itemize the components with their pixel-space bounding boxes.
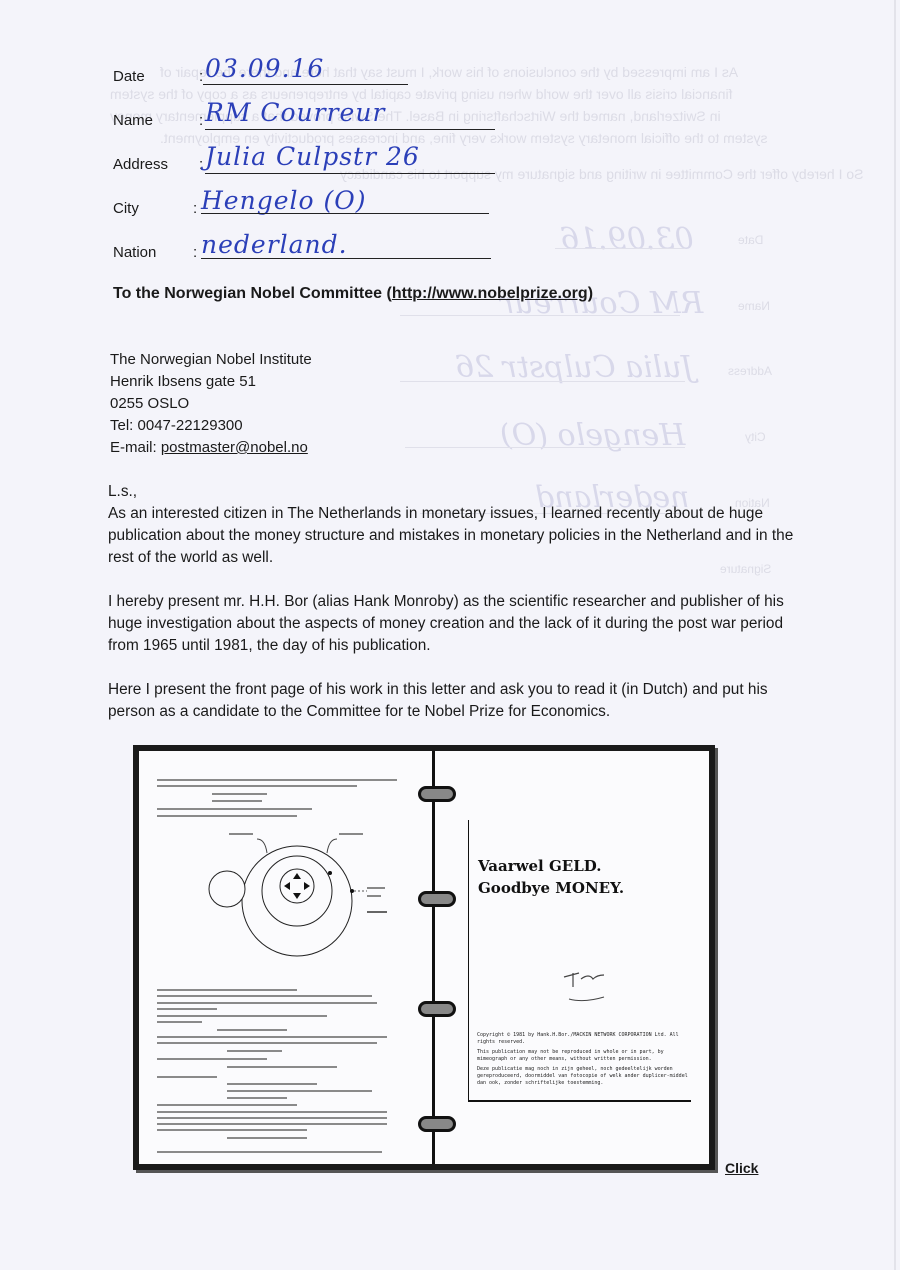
bleed-label: Date — [738, 233, 763, 247]
name-label: Name — [113, 112, 153, 129]
address-value[interactable]: Julia Culpstr 26 — [205, 142, 420, 171]
bleed-handwriting: 03.09.16 — [560, 222, 694, 257]
letter-body: L.s., As an interested citizen in The Ne… — [108, 481, 798, 745]
name-value[interactable]: RM Courreur — [205, 98, 385, 127]
committee-title: To the Norwegian Nobel Committee — [113, 285, 382, 302]
committee-heading: To the Norwegian Nobel Committee (http:/… — [113, 285, 593, 303]
paragraph: I hereby present mr. H.H. Bor (alias Han… — [108, 591, 798, 657]
book-title-english: Goodbye MONEY. — [478, 877, 624, 899]
bleed-label: City — [745, 430, 766, 444]
address-line: The Norwegian Nobel Institute — [110, 349, 312, 371]
copyright-line: Copyright © 1981 by Hank.H.Bor./MACKIN N… — [477, 1032, 692, 1046]
recipient-address: The Norwegian Nobel Institute Henrik Ibs… — [110, 349, 312, 459]
email-line: E-mail: postmaster@nobel.no — [110, 437, 312, 459]
colon: : — [193, 244, 197, 261]
address-label: Address — [113, 156, 168, 173]
date-value[interactable]: 03.09.16 — [205, 54, 324, 83]
address-line: Henrik Ibsens gate 51 — [110, 371, 312, 393]
colon: : — [193, 200, 197, 217]
book-copyright: Copyright © 1981 by Hank.H.Bor./MACKIN N… — [477, 1032, 692, 1090]
copyright-line: This publication may not be reproduced i… — [477, 1049, 692, 1063]
bleed-line: financial crisis all over the world when… — [110, 86, 733, 102]
address-line: 0255 OSLO — [110, 393, 312, 415]
binder-ring — [418, 891, 456, 907]
nation-label: Nation — [113, 244, 156, 261]
copyright-line: Deze publicatie mag noch in zijn geheel,… — [477, 1066, 692, 1087]
colon: : — [199, 156, 203, 173]
paragraph: Here I present the front page of his wor… — [108, 679, 798, 723]
click-link[interactable]: Click — [725, 1160, 758, 1176]
page-edge — [894, 0, 896, 1270]
binder-ring — [418, 1001, 456, 1017]
paren: ) — [588, 285, 593, 302]
bleed-label: Address — [728, 364, 772, 378]
nobelprize-link[interactable]: http://www.nobelprize.org — [392, 285, 588, 302]
email-label: E-mail: — [110, 439, 161, 456]
address-line: Tel: 0047-22129300 — [110, 415, 312, 437]
date-label: Date — [113, 68, 145, 85]
author-signature — [559, 965, 619, 1005]
bleed-label: Name — [738, 299, 770, 313]
paragraph: As an interested citizen in The Netherla… — [108, 503, 798, 569]
paren: ( — [382, 285, 392, 302]
city-value[interactable]: Hengelo (O) — [201, 186, 367, 215]
colon: : — [199, 68, 203, 85]
email-link[interactable]: postmaster@nobel.no — [161, 439, 308, 456]
nation-value[interactable]: nederland. — [201, 230, 348, 259]
book-title: Vaarwel GELD. Goodbye MONEY. — [478, 855, 624, 899]
binder-ring — [418, 786, 456, 802]
salutation: L.s., — [108, 481, 798, 503]
money-circle-diagram — [187, 831, 387, 981]
binder-spine — [432, 751, 435, 1164]
colon: : — [199, 112, 203, 129]
bleed-handwriting: Julia Culpstr 26 — [455, 350, 694, 385]
city-label: City — [113, 200, 139, 217]
binder-ring — [418, 1116, 456, 1132]
book-title-dutch: Vaarwel GELD. — [478, 855, 624, 877]
book-front-page-image[interactable]: Vaarwel GELD. Goodbye MONEY. Copyright ©… — [133, 745, 715, 1170]
book-left-page — [147, 761, 417, 1161]
